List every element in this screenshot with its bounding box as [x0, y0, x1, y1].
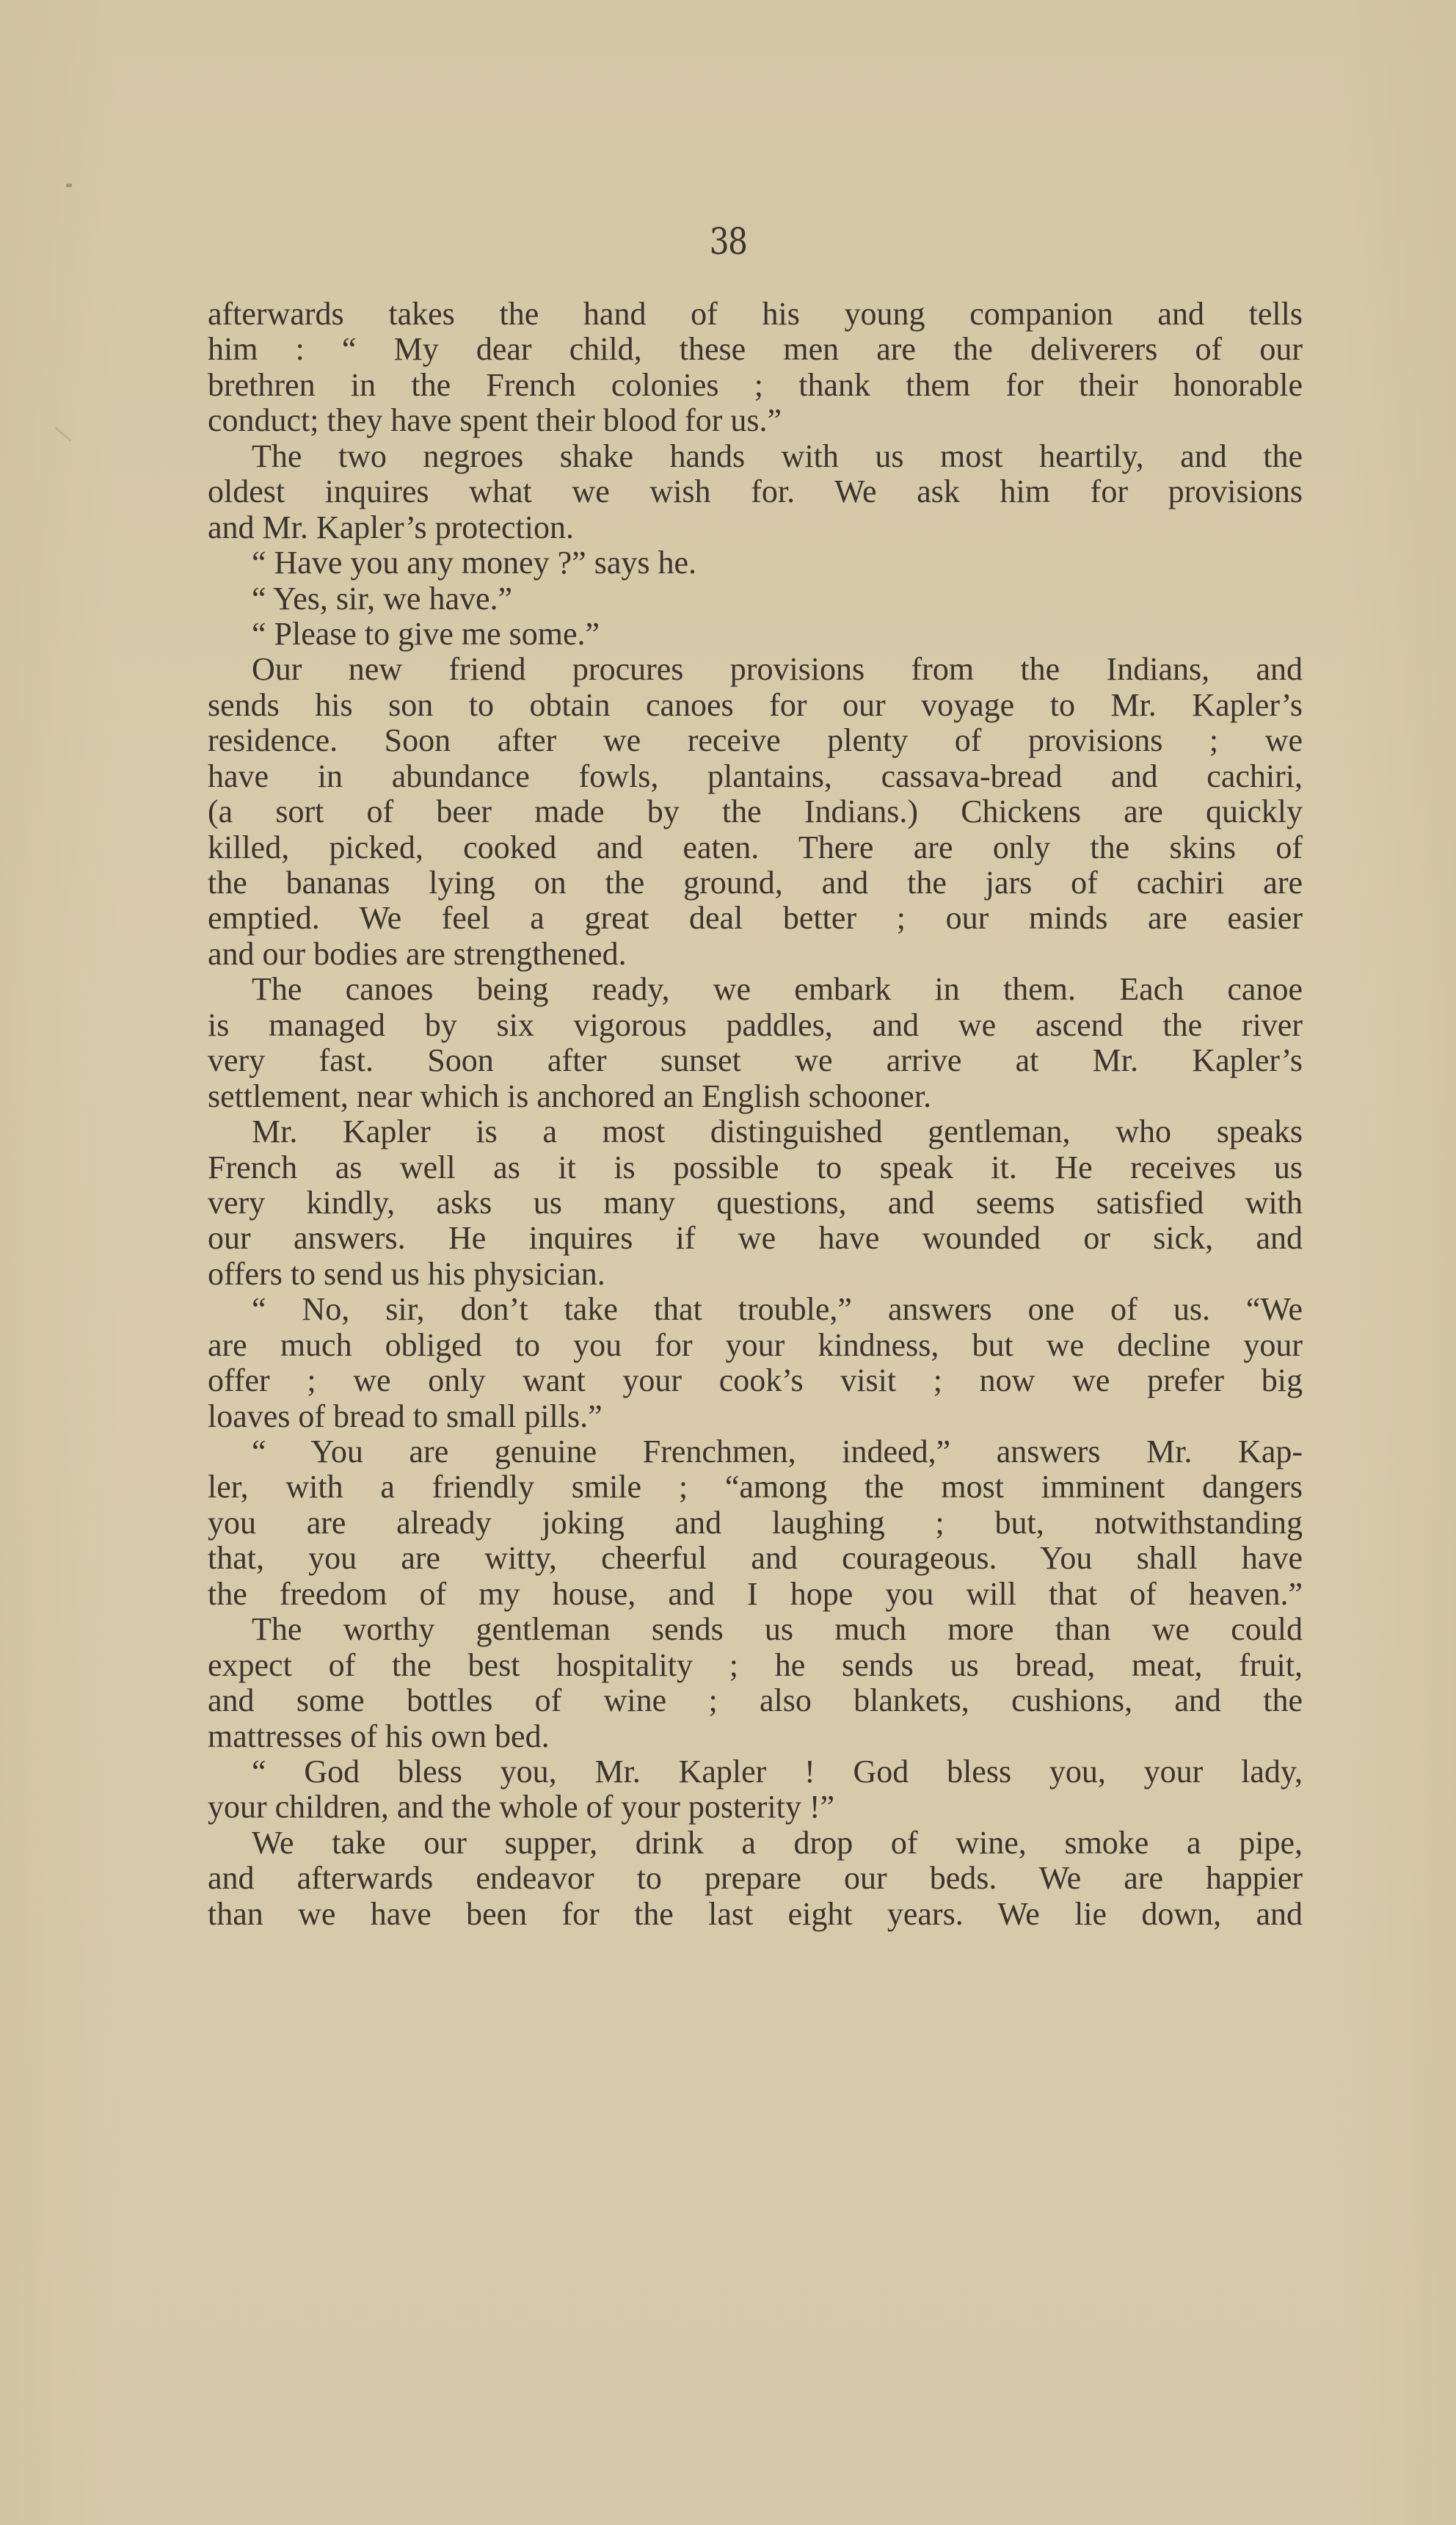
text-line: The worthy gentleman sends us much more … — [208, 1612, 1303, 1647]
text-line: Our new friend procures provisions from … — [208, 652, 1303, 687]
text-line: residence. Soon after we receive plenty … — [208, 723, 1303, 758]
paper-scratch — [54, 426, 71, 441]
text-line: have in abundance fowls, plantains, cass… — [208, 759, 1303, 794]
text-line: killed, picked, cooked and eaten. There … — [208, 830, 1303, 865]
page-number: 38 — [109, 220, 1347, 263]
text-line: your children, and the whole of your pos… — [208, 1790, 1303, 1825]
text-line: offers to send us his physician. — [208, 1257, 1303, 1292]
text-line: the bananas lying on the ground, and the… — [208, 865, 1303, 901]
text-line: and afterwards endeavor to prepare our b… — [208, 1861, 1303, 1896]
text-line: afterwards takes the hand of his young c… — [208, 297, 1303, 332]
text-line: “ Please to give me some.” — [208, 617, 1303, 652]
text-line: very fast. Soon after sunset we arrive a… — [208, 1043, 1303, 1078]
text-line: sends his son to obtain canoes for our v… — [208, 688, 1303, 723]
body-text: afterwards takes the hand of his young c… — [208, 297, 1303, 1932]
text-line: you are already joking and laughing ; bu… — [208, 1505, 1303, 1541]
text-line: that, you are witty, cheerful and courag… — [208, 1541, 1303, 1576]
text-line: We take our supper, drink a drop of wine… — [208, 1825, 1303, 1861]
text-line: brethren in the French colonies ; thank … — [208, 368, 1303, 403]
text-line: (a sort of beer made by the Indians.) Ch… — [208, 794, 1303, 829]
text-line: and Mr. Kapler’s protection. — [208, 510, 1303, 545]
text-line: Mr. Kapler is a most distinguished gentl… — [208, 1114, 1303, 1149]
text-line: The two negroes shake hands with us most… — [208, 439, 1303, 474]
text-line: and some bottles of wine ; also blankets… — [208, 1683, 1303, 1718]
paper-blemish — [66, 184, 72, 187]
text-line: the freedom of my house, and I hope you … — [208, 1577, 1303, 1612]
text-line: “ You are genuine Frenchmen, indeed,” an… — [208, 1434, 1303, 1469]
text-line: “ Have you any money ?” says he. — [208, 545, 1303, 581]
text-line: “ No, sir, don’t take that trouble,” ans… — [208, 1292, 1303, 1327]
text-line: ler, with a friendly smile ; “among the … — [208, 1469, 1303, 1505]
text-line: are much obliged to you for your kindnes… — [208, 1328, 1303, 1363]
text-line: oldest inquires what we wish for. We ask… — [208, 474, 1303, 509]
text-line: very kindly, asks us many questions, and… — [208, 1185, 1303, 1221]
text-line: French as well as it is possible to spea… — [208, 1150, 1303, 1185]
text-line: mattresses of his own bed. — [208, 1719, 1303, 1754]
text-line: emptied. We feel a great deal better ; o… — [208, 901, 1303, 936]
text-line: than we have been for the last eight yea… — [208, 1897, 1303, 1932]
text-line: our answers. He inquires if we have woun… — [208, 1221, 1303, 1256]
text-line: The canoes being ready, we embark in the… — [208, 972, 1303, 1007]
text-line: expect of the best hospitality ; he send… — [208, 1648, 1303, 1683]
book-page: 38 afterwards takes the hand of his youn… — [0, 0, 1456, 2525]
text-line: loaves of bread to small pills.” — [208, 1399, 1303, 1434]
text-line: is managed by six vigorous paddles, and … — [208, 1008, 1303, 1043]
text-line: settlement, near which is anchored an En… — [208, 1079, 1303, 1114]
text-line: “ God bless you, Mr. Kapler ! God bless … — [208, 1754, 1303, 1790]
text-line: offer ; we only want your cook’s visit ;… — [208, 1363, 1303, 1398]
text-line: conduct; they have spent their blood for… — [208, 403, 1303, 438]
text-line: him : “ My dear child, these men are the… — [208, 332, 1303, 367]
text-line: “ Yes, sir, we have.” — [208, 581, 1303, 617]
text-line: and our bodies are strengthened. — [208, 937, 1303, 972]
